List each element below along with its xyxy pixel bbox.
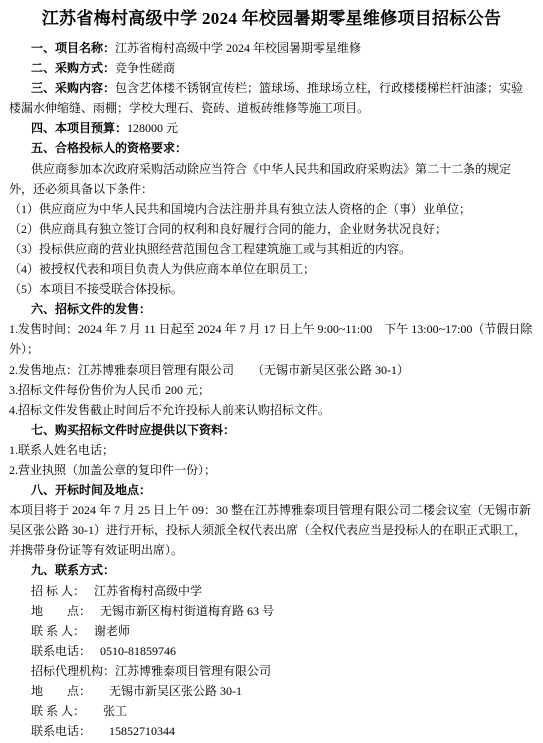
doc-text: 2.发售地点：江苏博雅泰项目管理有限公司 （无锡市新吴区张公路 30-1） (9, 363, 409, 377)
doc-line: 2.发售地点：江苏博雅泰项目管理有限公司 （无锡市新吴区张公路 30-1） (9, 360, 534, 380)
doc-text: 联系电话： 15852710344 (31, 724, 175, 738)
section-label: 七、购买招标文件时应提供以下资料： (31, 423, 235, 437)
doc-text: 地 点： 无锡市新区梅村街道梅育路 63 号 (31, 604, 274, 618)
doc-line: 联系电话： 15852710344 (9, 721, 534, 741)
doc-line: 八、开标时间及地点： (9, 480, 534, 500)
doc-line: 二、采购方式：竞争性磋商 (9, 58, 534, 78)
doc-text: 供应商参加本次政府采购活动除应当符合《中华人民共和国政府采购法》第二十二条的规定… (9, 162, 511, 196)
doc-line: 四、本项目预算：128000 元 (9, 118, 534, 138)
doc-title: 江苏省梅村高级中学 2024 年校园暑期零星维修项目招标公告 (9, 6, 534, 31)
section-label: 八、开标时间及地点： (31, 483, 151, 497)
doc-line: 供应商参加本次政府采购活动除应当符合《中华人民共和国政府采购法》第二十二条的规定… (9, 159, 534, 199)
doc-text: 江苏省梅村高级中学 2024 年校园暑期零星维修 (115, 41, 361, 55)
doc-line: 六、招标文件的发售： (9, 299, 534, 319)
section-label: 三、采购内容： (31, 81, 115, 95)
doc-line: 三、采购内容：包含艺体楼不锈钢宣传栏；篮球场、推球场立柱，行政楼楼梯栏杆油漆；实… (9, 78, 534, 118)
doc-text: （3）投标供应商的营业执照经营范围包含工程建筑施工或与其相近的内容。 (9, 242, 411, 256)
doc-line: 1.发售时间：2024 年 7 月 11 日起至 2024 年 7 月 17 日… (9, 319, 534, 359)
doc-text: 3.招标文件每份售价为人民币 200 元； (9, 383, 210, 397)
doc-line: （2）供应商具有独立签订合同的权利和良好履行合同的能力，企业财务状况良好； (9, 219, 534, 239)
doc-text: （5）本项目不接受联合体投标。 (9, 282, 183, 296)
doc-line: 本项目将于 2024 年 7 月 25 日上午 09：30 整在江苏博雅泰项目管… (9, 500, 534, 560)
doc-text: 招 标 人： 江苏省梅村高级中学 (31, 584, 202, 598)
section-label: 六、招标文件的发售： (31, 302, 151, 316)
section-label: 五、合格投标人的资格要求： (31, 141, 187, 155)
doc-text: （4）被授权代表和项目负责人为供应商本单位在职员工； (9, 262, 315, 276)
doc-line: 1.联系人姓名电话； (9, 440, 534, 460)
doc-text: 本项目将于 2024 年 7 月 25 日上午 09：30 整在江苏博雅泰项目管… (9, 503, 531, 557)
doc-line: 地 点： 无锡市新区梅村街道梅育路 63 号 (9, 601, 534, 621)
doc-text: 联 系 人： 张工 (31, 704, 127, 718)
doc-text: 联 系 人： 谢老师 (31, 624, 130, 638)
doc-line: 3.招标文件每份售价为人民币 200 元； (9, 380, 534, 400)
doc-line: 招标代理机构：江苏博雅泰项目管理有限公司 (9, 661, 534, 681)
doc-text: 地 点： 无锡市新吴区张公路 30-1 (31, 684, 242, 698)
tender-notice-document: 江苏省梅村高级中学 2024 年校园暑期零星维修项目招标公告 一、项目名称：江苏… (0, 0, 543, 743)
doc-line: 2.营业执照（加盖公章的复印件一份）； (9, 460, 534, 480)
doc-text: 联系电话： 0510-81859746 (31, 644, 176, 658)
doc-line: 招 标 人： 江苏省梅村高级中学 (9, 581, 534, 601)
doc-text: 招标代理机构：江苏博雅泰项目管理有限公司 (31, 664, 271, 678)
section-label: 四、本项目预算： (31, 121, 127, 135)
doc-line: （4）被授权代表和项目负责人为供应商本单位在职员工； (9, 259, 534, 279)
doc-line: 一、项目名称：江苏省梅村高级中学 2024 年校园暑期零星维修 (9, 38, 534, 58)
doc-text: （1）供应商应为中华人民共和国境内合法注册并具有独立法人资格的企（事）业单位； (9, 202, 471, 216)
section-label: 九、联系方式： (31, 563, 115, 577)
doc-line: 联系电话： 0510-81859746 (9, 641, 534, 661)
section-label: 二、采购方式： (31, 61, 115, 75)
doc-line: （1）供应商应为中华人民共和国境内合法注册并具有独立法人资格的企（事）业单位； (9, 199, 534, 219)
doc-line: 联 系 人： 谢老师 (9, 621, 534, 641)
doc-line: 七、购买招标文件时应提供以下资料： (9, 420, 534, 440)
doc-text: 2.营业执照（加盖公章的复印件一份）； (9, 463, 216, 477)
doc-line: 九、联系方式： (9, 560, 534, 580)
doc-line: 五、合格投标人的资格要求： (9, 138, 534, 158)
doc-text: 竞争性磋商 (115, 61, 175, 75)
doc-text: 128000 元 (127, 121, 178, 135)
doc-line: 地 点： 无锡市新吴区张公路 30-1 (9, 681, 534, 701)
doc-text: 1.发售时间：2024 年 7 月 11 日起至 2024 年 7 月 17 日… (9, 322, 532, 356)
doc-text: （2）供应商具有独立签订合同的权利和良好履行合同的能力，企业财务状况良好； (9, 222, 447, 236)
doc-line: （3）投标供应商的营业执照经营范围包含工程建筑施工或与其相近的内容。 (9, 239, 534, 259)
doc-body: 一、项目名称：江苏省梅村高级中学 2024 年校园暑期零星维修二、采购方式：竞争… (9, 38, 534, 741)
doc-line: 4.招标文件发售截止时间后不允许投标人前来认购招标文件。 (9, 400, 534, 420)
doc-line: （5）本项目不接受联合体投标。 (9, 279, 534, 299)
doc-text: 4.招标文件发售截止时间后不允许投标人前来认购招标文件。 (9, 403, 330, 417)
doc-line: 联 系 人： 张工 (9, 701, 534, 721)
section-label: 一、项目名称： (31, 41, 115, 55)
doc-text: 1.联系人姓名电话； (9, 443, 114, 457)
